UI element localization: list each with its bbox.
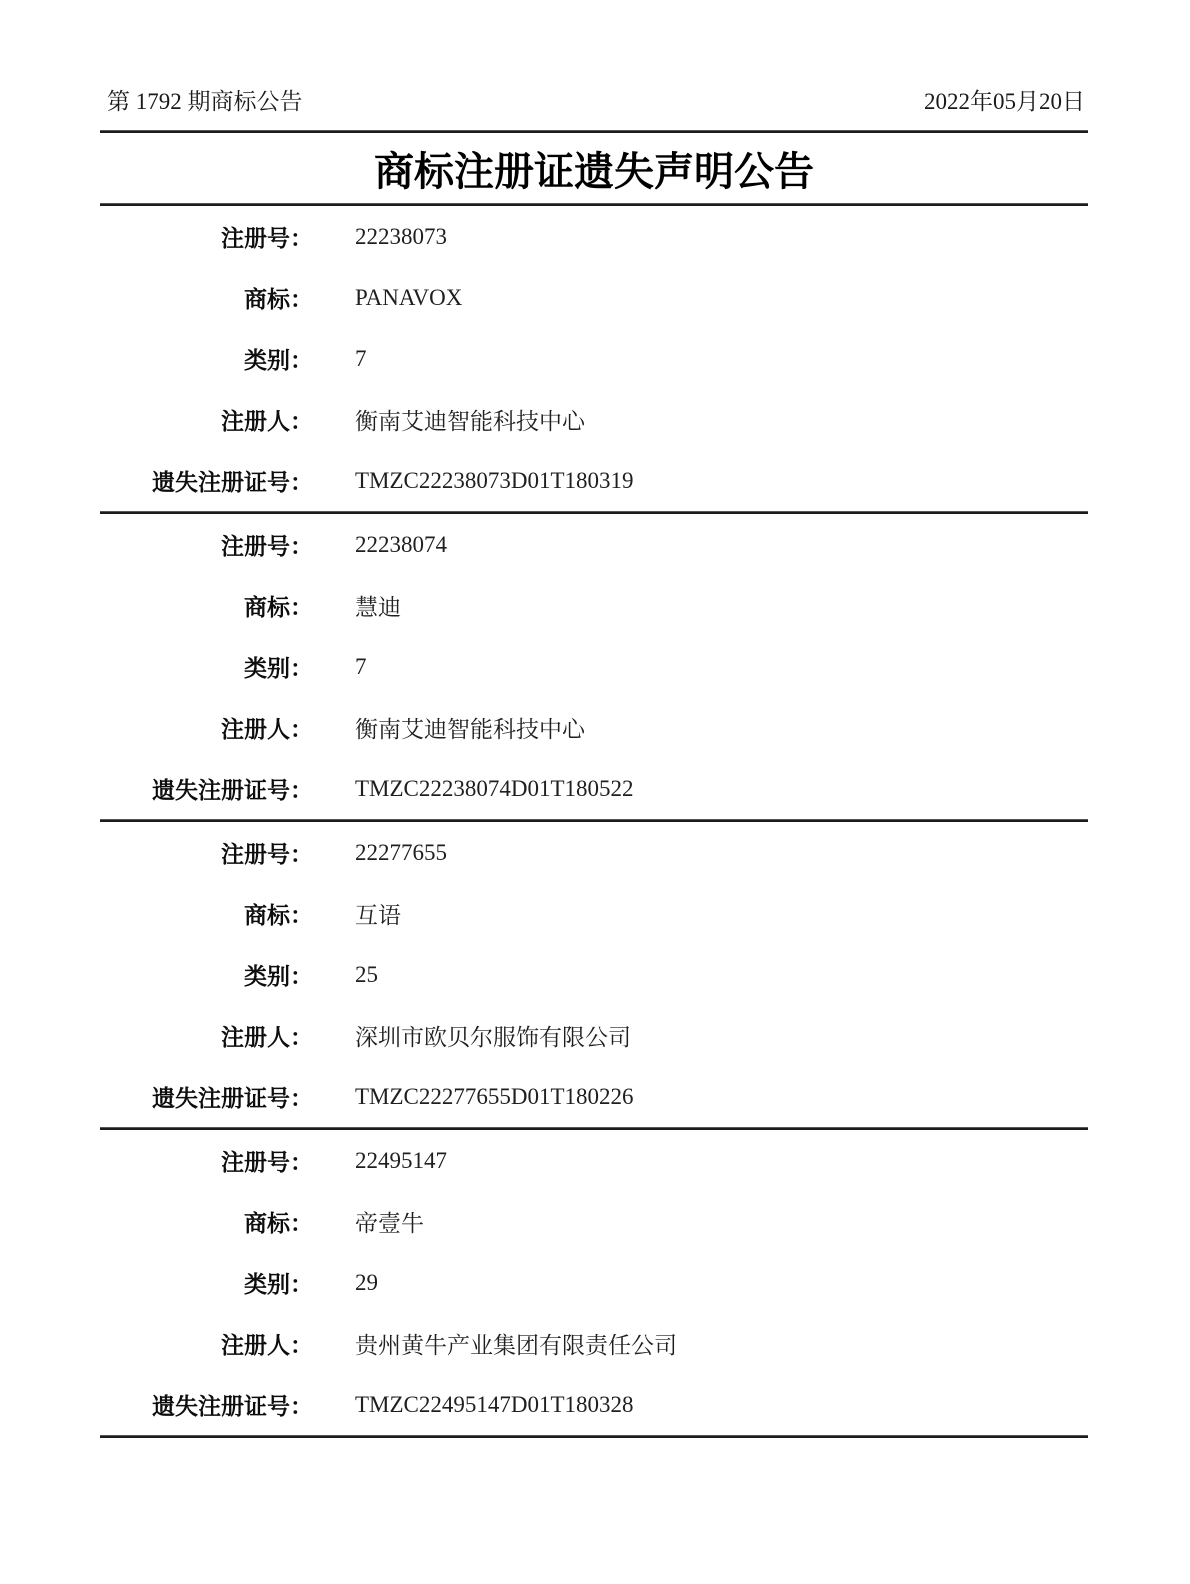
record-row: 注册号： 22495147 <box>100 1130 1088 1191</box>
field-label-class: 类别： <box>100 342 313 375</box>
field-value-lost-cert-no: TMZC22238073D01T180319 <box>355 468 634 494</box>
field-value-registrant: 衡南艾迪智能科技中心 <box>355 711 585 744</box>
record-row: 遗失注册证号： TMZC22238073D01T180319 <box>100 450 1088 511</box>
title-band: 商标注册证遗失声明公告 <box>100 133 1088 203</box>
record-row: 遗失注册证号： TMZC22238074D01T180522 <box>100 758 1088 819</box>
record-divider <box>100 1435 1088 1438</box>
field-label-class: 类别： <box>100 1266 313 1299</box>
record-row: 遗失注册证号： TMZC22277655D01T180226 <box>100 1066 1088 1127</box>
record-row: 类别： 7 <box>100 328 1088 389</box>
record-row: 遗失注册证号： TMZC22495147D01T180328 <box>100 1374 1088 1435</box>
field-label-registrant: 注册人： <box>100 711 313 744</box>
field-value-trademark: PANAVOX <box>355 285 462 311</box>
record-row: 商标： 慧迪 <box>100 575 1088 636</box>
field-label-reg-no: 注册号： <box>100 1144 313 1177</box>
field-label-reg-no: 注册号： <box>100 836 313 869</box>
record-row: 注册号： 22238074 <box>100 514 1088 575</box>
field-label-trademark: 商标： <box>100 1205 313 1238</box>
field-value-class: 7 <box>355 346 367 372</box>
field-value-registrant: 深圳市欧贝尔服饰有限公司 <box>355 1019 631 1052</box>
field-value-lost-cert-no: TMZC22277655D01T180226 <box>355 1084 634 1110</box>
field-value-class: 7 <box>355 654 367 680</box>
field-value-registrant: 贵州黄牛产业集团有限责任公司 <box>355 1327 677 1360</box>
field-value-reg-no: 22277655 <box>355 840 447 866</box>
record-row: 注册人： 衡南艾迪智能科技中心 <box>100 389 1088 450</box>
field-label-lost-cert-no: 遗失注册证号： <box>100 464 313 497</box>
field-value-reg-no: 22495147 <box>355 1148 447 1174</box>
field-label-class: 类别： <box>100 958 313 991</box>
document-content: 第 1792 期商标公告 2022年05月20日 商标注册证遗失声明公告 注册号… <box>100 0 1088 1438</box>
record: 注册号： 22495147 商标： 帝壹牛 类别： 29 注册人： 贵州黄牛产业… <box>100 1130 1088 1435</box>
record-row: 商标： PANAVOX <box>100 267 1088 328</box>
field-label-registrant: 注册人： <box>100 1019 313 1052</box>
field-label-trademark: 商标： <box>100 281 313 314</box>
record-row: 类别： 25 <box>100 944 1088 1005</box>
field-label-reg-no: 注册号： <box>100 528 313 561</box>
field-value-lost-cert-no: TMZC22495147D01T180328 <box>355 1392 634 1418</box>
record: 注册号： 22238073 商标： PANAVOX 类别： 7 注册人： 衡南艾… <box>100 206 1088 511</box>
field-label-reg-no: 注册号： <box>100 220 313 253</box>
record-row: 注册人： 衡南艾迪智能科技中心 <box>100 697 1088 758</box>
header-issue-number: 第 1792 期商标公告 <box>100 88 303 116</box>
record-row: 类别： 7 <box>100 636 1088 697</box>
field-value-class: 29 <box>355 1270 378 1296</box>
field-label-lost-cert-no: 遗失注册证号： <box>100 1080 313 1113</box>
field-label-trademark: 商标： <box>100 897 313 930</box>
record-row: 注册人： 贵州黄牛产业集团有限责任公司 <box>100 1313 1088 1374</box>
field-value-reg-no: 22238074 <box>355 532 447 558</box>
header-date: 2022年05月20日 <box>924 88 1088 116</box>
record-row: 商标： 帝壹牛 <box>100 1191 1088 1252</box>
record-row: 注册号： 22238073 <box>100 206 1088 267</box>
field-label-lost-cert-no: 遗失注册证号： <box>100 772 313 805</box>
record-row: 商标： 互语 <box>100 883 1088 944</box>
field-value-reg-no: 22238073 <box>355 224 447 250</box>
document-page: 第 1792 期商标公告 2022年05月20日 商标注册证遗失声明公告 注册号… <box>0 0 1190 1584</box>
field-label-class: 类别： <box>100 650 313 683</box>
record-row: 类别： 29 <box>100 1252 1088 1313</box>
field-value-registrant: 衡南艾迪智能科技中心 <box>355 403 585 436</box>
field-value-trademark: 慧迪 <box>355 589 401 622</box>
field-value-class: 25 <box>355 962 378 988</box>
field-label-registrant: 注册人： <box>100 403 313 436</box>
record-row: 注册人： 深圳市欧贝尔服饰有限公司 <box>100 1005 1088 1066</box>
record-row: 注册号： 22277655 <box>100 822 1088 883</box>
field-label-trademark: 商标： <box>100 589 313 622</box>
page-header: 第 1792 期商标公告 2022年05月20日 <box>100 0 1088 116</box>
field-value-trademark: 互语 <box>355 897 401 930</box>
field-label-lost-cert-no: 遗失注册证号： <box>100 1388 313 1421</box>
record: 注册号： 22238074 商标： 慧迪 类别： 7 注册人： 衡南艾迪智能科技… <box>100 514 1088 819</box>
record: 注册号： 22277655 商标： 互语 类别： 25 注册人： 深圳市欧贝尔服… <box>100 822 1088 1127</box>
field-label-registrant: 注册人： <box>100 1327 313 1360</box>
field-value-lost-cert-no: TMZC22238074D01T180522 <box>355 776 634 802</box>
page-title: 商标注册证遗失声明公告 <box>374 140 814 197</box>
field-value-trademark: 帝壹牛 <box>355 1205 424 1238</box>
